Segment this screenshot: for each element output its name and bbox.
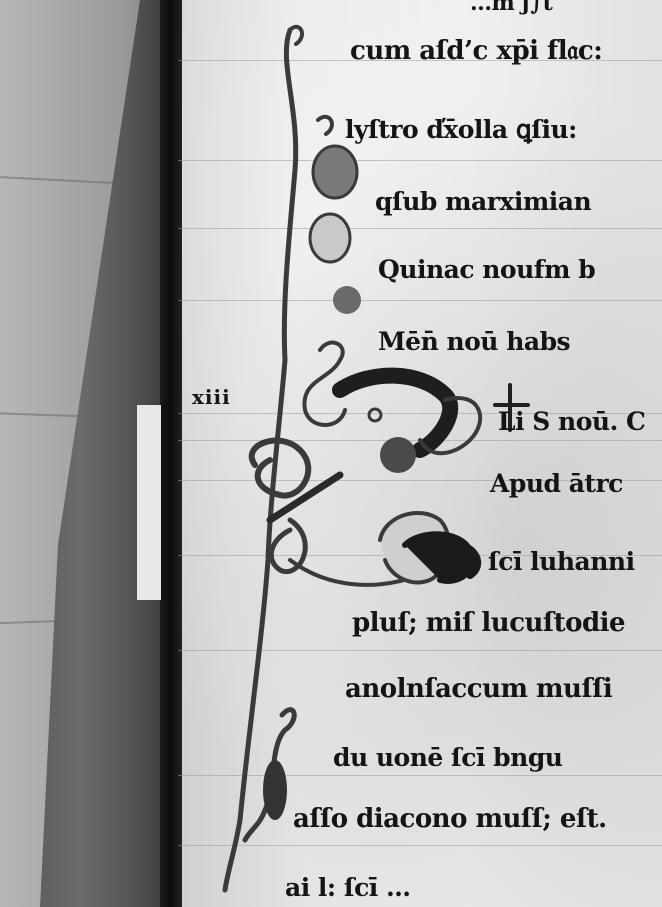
ruling-line	[178, 300, 662, 301]
manuscript-text-line: ai l: ſcī …	[285, 873, 411, 902]
manuscript-text-line: ſcī luhanni	[488, 547, 635, 576]
manuscript-text-line: pluſ; miſ lucuſtodie	[352, 608, 625, 638]
manuscript-text-line: cum aſd’c xp̄i fl𝔞c:	[350, 36, 602, 67]
marginal-numeral: xiii	[192, 385, 231, 409]
manuscript-text-line: …ḿ ƒ∫t	[470, 0, 552, 16]
ruling-line	[178, 650, 662, 651]
manuscript-text-line: Apud ātrc	[490, 469, 623, 498]
manuscript-text-line: Quinac noufm b	[378, 255, 595, 284]
ruling-line	[178, 845, 662, 846]
manuscript-text-line: Mēn̄ noū habs	[378, 327, 570, 356]
ruling-line	[178, 160, 662, 161]
manuscript-text-line: aſſo diacono muſſ; eſt.	[293, 804, 607, 834]
manuscript-photo: xiii …ḿ ƒ∫tcum aſd’c xp̄i fl𝔞c:lyſtro d̕…	[0, 0, 662, 907]
ruling-line	[178, 228, 662, 229]
manuscript-text-line: lyſtro d̕x̄olla ꝗſiu:	[345, 115, 577, 144]
ruling-line	[178, 440, 662, 441]
manuscript-text-line: anolnſaccum muſſi	[345, 674, 612, 704]
manuscript-text-line: du uonē ſcī bngu	[333, 743, 563, 772]
gutter-gap	[137, 405, 167, 600]
manuscript-text-line: Li S noū. C	[498, 407, 645, 436]
manuscript-text-line: qſub marximian	[375, 187, 591, 216]
ruling-line	[178, 775, 662, 776]
